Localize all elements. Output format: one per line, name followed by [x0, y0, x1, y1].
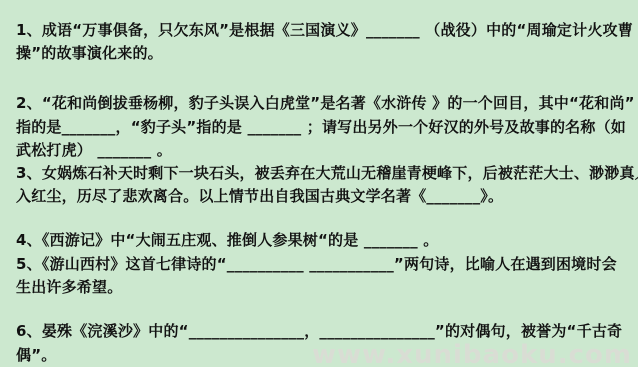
question-6-line-1: 6、晏殊《浣溪沙》中的“_______________，____________… — [16, 321, 622, 341]
question-5-line-1: 5、《游山西村》这首七律诗的“__________ ___________”两句… — [16, 254, 617, 274]
question-1-line-2: 操”的故事演化来的。 — [16, 43, 163, 63]
question-3-line-2: 入红尘，历尽了悲欢离合。以上情节出自我国古典文学名著《_______》。 — [16, 186, 503, 206]
question-1-line-1: 1、成语“万事俱备，只欠东风”是根据《三国演义》_______ （战役）中的“周… — [16, 20, 633, 40]
question-2-line-3: 武松打虎） _______ 。 — [16, 140, 172, 160]
question-6-line-2: 偶”。 — [16, 345, 56, 365]
question-2-line-2: 指的是_______，“豹子头”指的是 _______ ；请写出另外一个好汉的外… — [16, 117, 626, 137]
question-3-line-1: 3、女娲炼石补天时剩下一块石头，被丢弃在大荒山无稽崖青梗峰下，后被茫茫大士、渺渺… — [16, 163, 638, 183]
question-4-line-1: 4、《西游记》中“大闹五庄观、推倒人参果树“的是 _______ 。 — [16, 230, 438, 250]
watermark: www.xunibaoku.com — [312, 340, 632, 367]
question-5-line-2: 生出许多希望。 — [16, 277, 122, 297]
question-2-line-1: 2、“花和尚倒拔垂杨柳，豹子头误入白虎堂”是名著《水浒传 》的一个回目，其中“花… — [16, 93, 635, 113]
